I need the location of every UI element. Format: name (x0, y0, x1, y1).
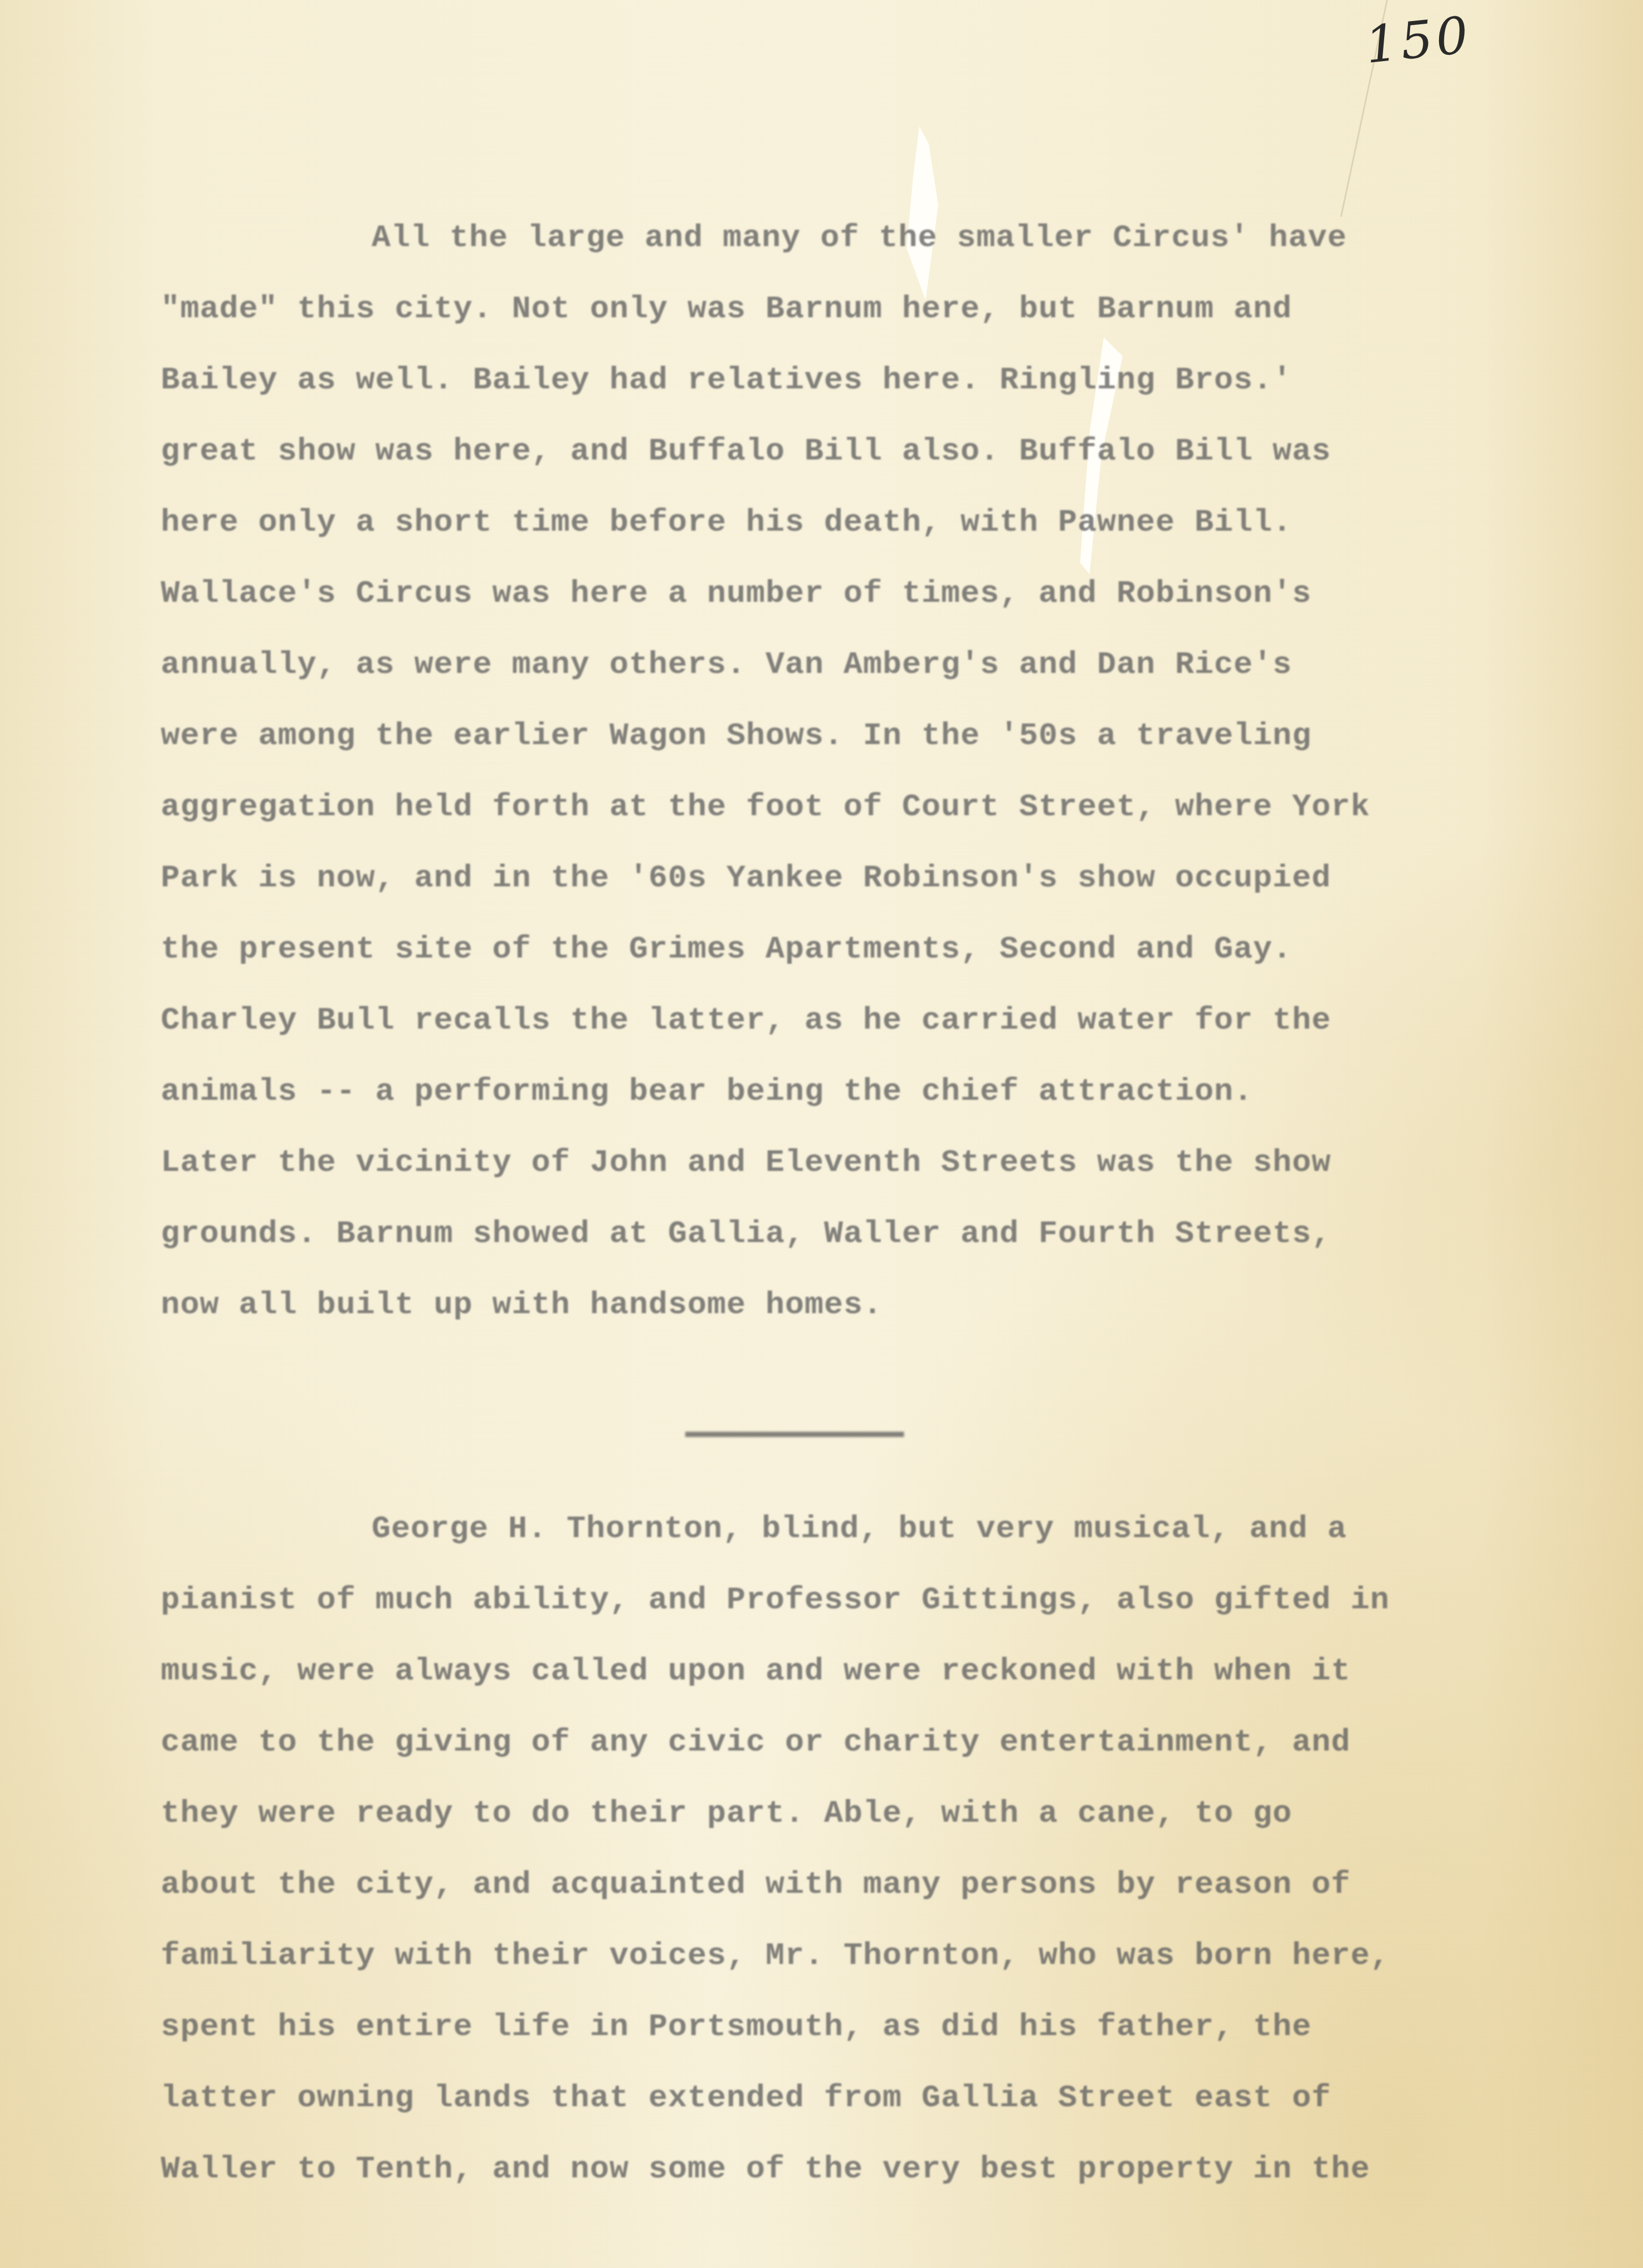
text-line: great show was here, and Buffalo Bill al… (161, 416, 1510, 487)
text-line: about the city, and acquainted with many… (161, 1850, 1510, 1921)
text-line: "made" this city. Not only was Barnum he… (161, 274, 1510, 345)
text-line: grounds. Barnum showed at Gallia, Waller… (161, 1199, 1510, 1270)
paragraph-thornton: George H. Thornton, blind, but very musi… (161, 1494, 1510, 2205)
text-line: Charley Bull recalls the latter, as he c… (161, 985, 1510, 1057)
text-line: came to the giving of any civic or chari… (161, 1707, 1510, 1778)
text-line: All the large and many of the smaller Ci… (161, 203, 1510, 274)
text-line: Waller to Tenth, and now some of the ver… (161, 2134, 1510, 2205)
handwritten-page-number: 150 (1363, 5, 1474, 75)
text-line: were among the earlier Wagon Shows. In t… (161, 701, 1510, 772)
section-divider-rule (685, 1432, 904, 1437)
text-line: latter owning lands that extended from G… (161, 2063, 1510, 2134)
text-line: they were ready to do their part. Able, … (161, 1778, 1510, 1850)
text-line: familiarity with their voices, Mr. Thorn… (161, 1921, 1510, 1992)
text-line: George H. Thornton, blind, but very musi… (161, 1494, 1510, 1565)
text-line: Park is now, and in the '60s Yankee Robi… (161, 843, 1510, 914)
typewritten-page: 150 All the large and many of the smalle… (0, 0, 1643, 2268)
text-line: aggregation held forth at the foot of Co… (161, 772, 1510, 843)
text-line: here only a short time before his death,… (161, 487, 1510, 559)
text-line: pianist of much ability, and Professor G… (161, 1565, 1510, 1636)
text-line: the present site of the Grimes Apartment… (161, 914, 1510, 985)
text-line: now all built up with handsome homes. (161, 1270, 1510, 1341)
text-line: animals -- a performing bear being the c… (161, 1057, 1510, 1128)
text-line: Wallace's Circus was here a number of ti… (161, 559, 1510, 630)
text-line: annually, as were many others. Van Amber… (161, 630, 1510, 701)
text-line: spent his entire life in Portsmouth, as … (161, 1992, 1510, 2063)
text-line: music, were always called upon and were … (161, 1636, 1510, 1707)
paragraph-circuses: All the large and many of the smaller Ci… (161, 203, 1510, 1341)
text-line: Bailey as well. Bailey had relatives her… (161, 345, 1510, 416)
text-line: Later the vicinity of John and Eleventh … (161, 1128, 1510, 1199)
